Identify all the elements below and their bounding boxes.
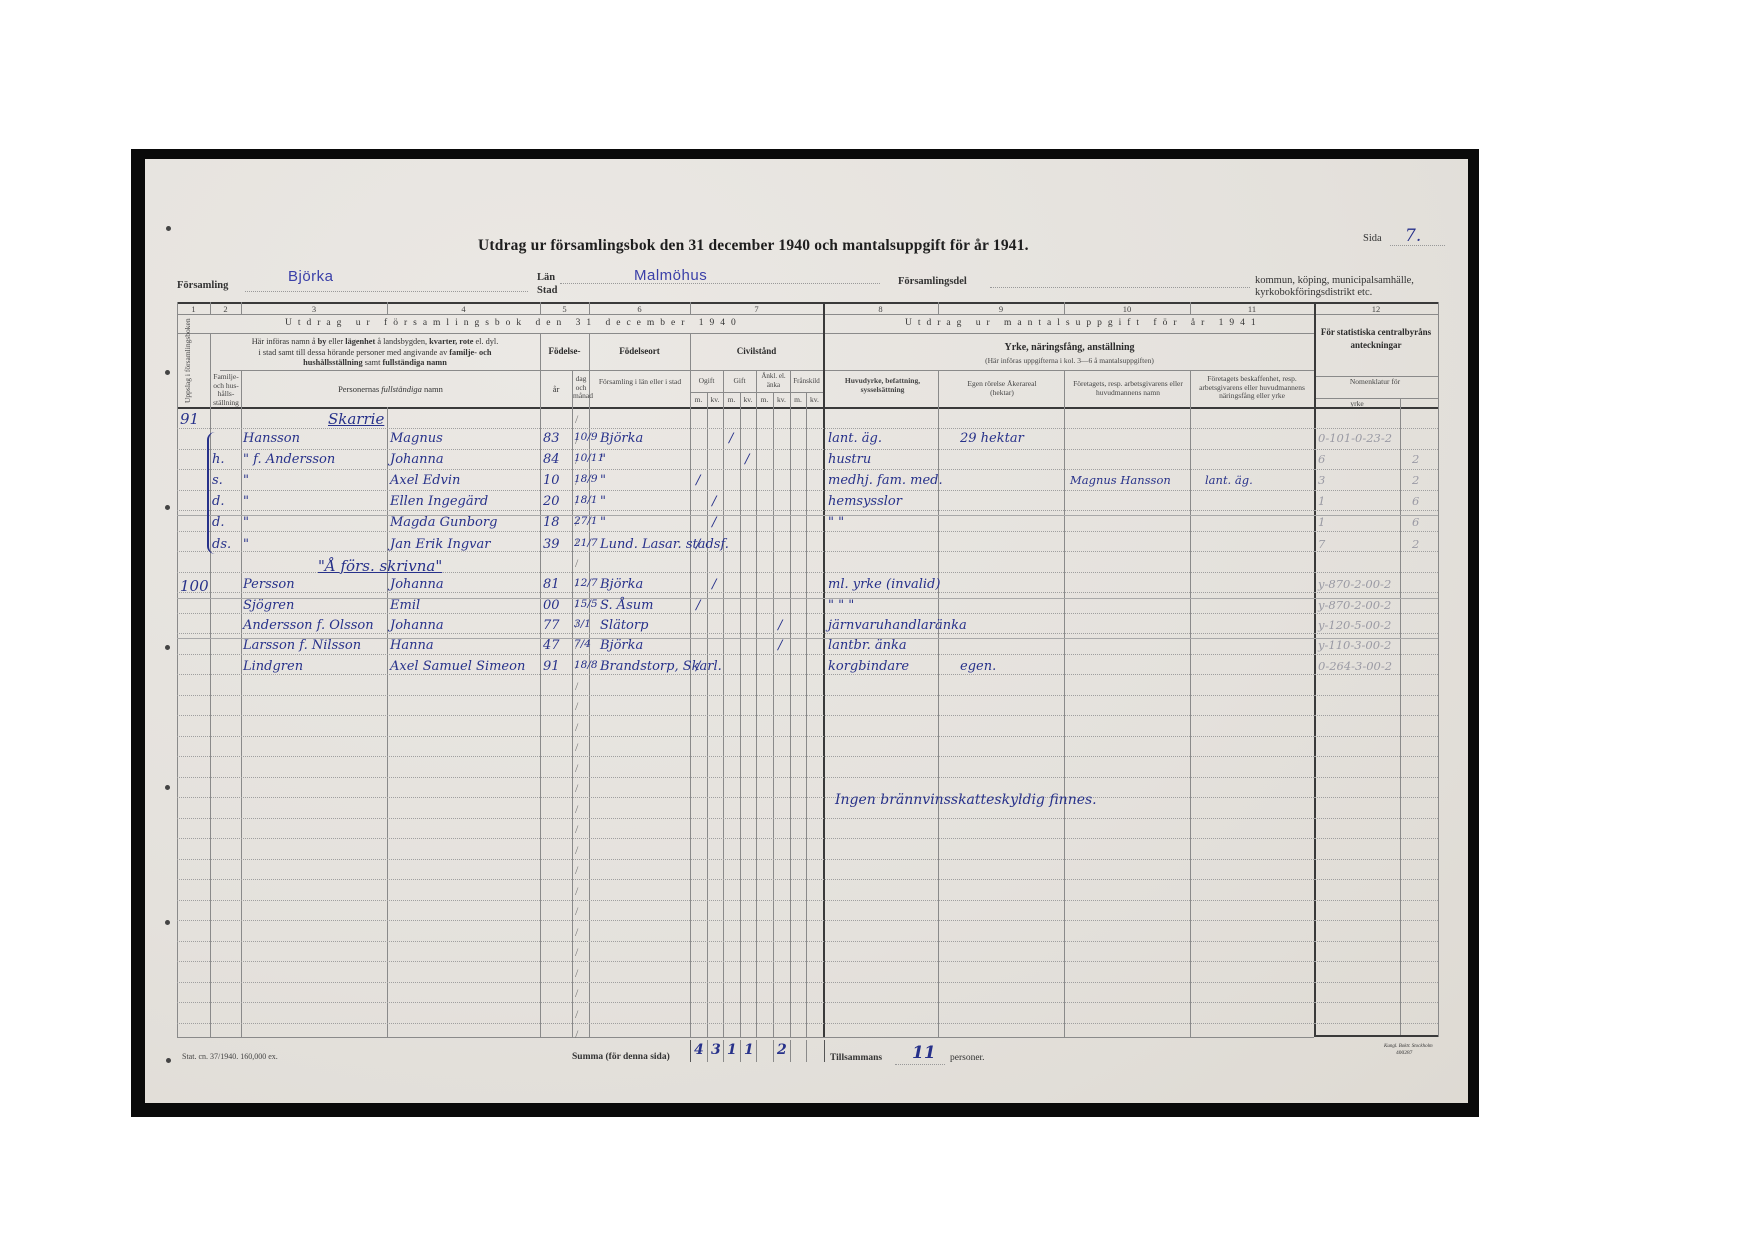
birth-year: 77 [543,618,560,633]
birthplace: Björka [600,638,643,653]
birth-year: 81 [543,577,560,592]
col-number: 7 [690,304,823,314]
civil-group-ogift: Ogift [690,377,723,386]
date-slash: / [575,904,578,919]
summa-value: 1 [727,1042,737,1058]
row-rule [1314,818,1438,819]
surname: Sjögren [243,598,294,613]
col-divider [690,333,691,1037]
col2-sub-header: Familje- och hus- hålls- ställning [211,373,241,407]
birth-date: 7/4 [574,638,591,650]
given-names: Emil [390,598,420,613]
subheader-line-right [825,370,1314,371]
fodelseort-sub-header: Församling i län eller i stad [595,378,685,387]
row-rule [1314,777,1438,778]
col-number: 6 [589,304,690,314]
row-rule [1314,674,1438,675]
nomenclature-code: y-120-5-00-2 [1318,618,1391,632]
given-names: Johanna [390,618,444,633]
nomenclature-code: 1 [1318,515,1325,529]
date-slash: / [575,863,578,878]
nomenclature-code: y-870-2-00-2 [1318,598,1391,612]
birthplace: Slätorp [600,618,648,633]
section-divider [823,302,825,1037]
section-right-title: Utdrag ur mantalsuppgift för år 1941 [905,318,1262,328]
row-rule [1314,715,1438,716]
civil-status-mark: / [712,577,716,592]
occupation: hustru [828,452,871,467]
given-names: Axel Samuel Simeon [390,659,525,674]
col-divider [1190,370,1191,1037]
yrke-note: (Här införas uppgifterna i kol. 3—6 å ma… [825,357,1314,366]
date-slash: / [575,1027,578,1042]
nomenclature-code: y-870-2-00-2 [1318,577,1391,591]
birth-date: 12/7 [574,577,598,589]
binding-hole [165,505,170,510]
col2-4-header: Här införas namn å by eller lägenhet å l… [212,337,538,369]
tillsammans-value: 11 [912,1043,936,1063]
occupation: lant. äg. [828,431,882,446]
birth-year: 10 [543,473,560,488]
kommun-note-2: kyrkobokföringsdistrikt etc. [1255,287,1372,298]
row-rule [177,859,1314,860]
row-rule [177,613,1314,614]
row-rule [177,654,1314,655]
occupation: " " [828,515,844,530]
col1-header: Uppslag i församlingsboken [183,343,205,403]
birth-date: 27/1 [574,515,598,527]
col12-sub-divider [1400,398,1401,1035]
birth-date: 3/1 [574,618,591,630]
occupation: lantbr. änka [828,638,907,653]
forsamlingsdel-label: Församlingsdel [898,276,967,287]
nomenclature-code: y-110-3-00-2 [1318,638,1391,652]
date-slash: / [575,843,578,858]
nomenclature-code-2: 6 [1412,494,1419,508]
date-slash: / [575,740,578,755]
forsamling-stamp: Björka [288,268,334,285]
row-rule [177,428,1314,429]
row-rule [1314,920,1438,921]
date-slash: / [575,1007,578,1022]
summa-value: 1 [744,1042,754,1058]
table-bottom-line [177,1037,1314,1038]
row-rule [177,818,1314,819]
given-names: Hanna [390,638,434,653]
birthplace: " [600,515,606,530]
given-names: Johanna [390,577,444,592]
row-rule [1314,490,1438,491]
row-rule [177,674,1314,675]
date-slash: / [575,720,578,735]
row-rule [1314,449,1438,450]
col-divider [572,370,573,1037]
civil-group-franskild: Frånskild [790,377,823,386]
date-slash: / [575,822,578,837]
birthplace: Brandstorp, Skarl. [600,659,722,674]
occupation: hemsysslor [828,494,902,509]
household-separator [177,598,1438,599]
row-rule [177,838,1314,839]
summa-divider [707,1040,708,1062]
given-names: Jan Erik Ingvar [390,537,490,552]
surname: " [243,473,249,488]
nomenclature-code: 1 [1318,494,1325,508]
occupation: järnvaruhandlaränka [828,618,967,633]
acreage: 29 hektar [960,431,1024,446]
nomenclature-code: 7 [1318,537,1325,551]
fodelseort-header: Födelseort [589,345,690,358]
row-rule [1314,838,1438,839]
row-rule [1314,428,1438,429]
civil-status-mark: / [696,659,700,674]
birth-date: 18/1 [574,494,598,506]
given-names: Ellen Ingegärd [390,494,488,509]
row-rule [1314,879,1438,880]
civil-status-mark: / [778,618,782,633]
stad-label: Stad [537,285,557,296]
forsamlingsdel-line [990,287,1250,288]
nomenclature-code-2: 2 [1412,537,1419,551]
birth-date: 15/5 [574,598,598,610]
summa-divider [773,1040,774,1062]
fodelse-header: Födelse- [540,345,589,358]
binding-hole [166,1058,171,1063]
binding-hole [165,645,170,650]
col-divider [938,370,939,1037]
household-separator [177,638,1438,639]
uppslag-number: 100 [180,577,209,595]
summa-label: Summa (för denna sida) [572,1052,670,1062]
table-left-border [177,302,178,1037]
surname: " [243,494,249,509]
date-slash: / [575,966,578,981]
civil-status-mark: / [712,494,716,509]
date-slash: / [575,945,578,960]
occupation: medhj. fam. med. [828,473,943,488]
date-slash: / [575,802,578,817]
forsamling-line [245,291,528,292]
forsamling-label: Församling [177,280,228,291]
summa-value: 4 [694,1042,704,1058]
surname: Larsson f. Nilsson [243,638,361,653]
section-row-line [177,333,1314,334]
civil-group-gift: Gift [723,377,756,386]
row-rule [177,531,1314,532]
nomenclature-code: 6 [1318,452,1325,466]
section-heading: Skarrie [328,410,384,428]
acreage: egen. [960,659,996,674]
birth-year: 47 [543,638,560,653]
tillsammans-label: Tillsammans [830,1053,882,1063]
given-names: Magnus [390,431,443,446]
nomenclature-code: 0-264-3-00-2 [1318,659,1392,673]
row-rule [1314,797,1438,798]
row-rule [177,510,1314,511]
col12-divider [1314,302,1316,1037]
summa-divider [806,1040,807,1062]
row-rule [1314,1023,1438,1024]
row-rule [1314,531,1438,532]
given-names: Magda Gunborg [390,515,497,530]
fodelse-ar-header: år [540,384,572,394]
row-rule [1314,654,1438,655]
row-rule [177,736,1314,737]
lan-label: Län [537,272,555,283]
birthplace: " [600,494,606,509]
row-rule [177,900,1314,901]
print-info: Stat. cn. 37/1940. 160,000 ex. [182,1052,278,1061]
row-rule [1314,941,1438,942]
col11-header: Företagets beskaffenhet, resp. arbetsgiv… [1194,375,1310,401]
nomenclature-code-2: 6 [1412,515,1419,529]
summa-value: 2 [777,1042,787,1058]
birth-date: 18/9 [574,473,598,485]
birth-year: 91 [543,659,560,674]
col-number: 4 [387,304,540,314]
row-rule [1314,572,1438,573]
kommun-note: kommun, köping, municipalsamhälle, [1255,275,1414,286]
summa-divider [790,1040,791,1062]
employer-name: Magnus Hansson [1070,473,1171,487]
given-names: Axel Edvin [390,473,460,488]
col-number: 5 [540,304,589,314]
nomenclature-code: 3 [1318,473,1325,487]
section-heading: "Å förs. skrivna" [318,557,442,575]
col-number-row-line [177,314,1439,315]
nomenclature-code-2: 2 [1412,452,1419,466]
row-rule [1314,551,1438,552]
personer-label: personer. [950,1053,985,1063]
civil-sub: m. [756,396,773,405]
row-rule [177,1023,1314,1024]
col-divider [723,370,724,1037]
col-number: 2 [210,304,241,314]
civil-sub: kv. [806,396,823,405]
civil-sub: kv. [740,396,756,405]
civilstand-header: Civilstånd [690,345,823,358]
summa-divider [723,1040,724,1062]
occupation: " " " [828,598,854,613]
date-slash: / [575,412,578,427]
table-right-border [1438,302,1439,1037]
birthplace: Björka [600,577,643,592]
tillsammans-line [895,1064,945,1065]
col10-header: Företagets, resp. arbetsgivarens eller h… [1070,380,1186,397]
civil-sub: m. [723,396,740,405]
row-rule [1314,982,1438,983]
civil-sub: m. [790,396,806,405]
subheader-line [220,370,825,371]
col-number: 1 [177,304,210,314]
col12-yrke-header: yrke [1314,400,1400,409]
date-slash: / [575,761,578,776]
summa-value: 3 [711,1042,721,1058]
birthplace: S. Åsum [600,598,653,613]
date-slash: / [575,925,578,940]
row-rule [177,449,1314,450]
date-slash: / [575,556,578,571]
household-brace [207,432,217,554]
row-rule [1314,961,1438,962]
col8-header: Huvudyrke, befattning, sysselsättning [840,377,925,394]
col-number: 3 [241,304,387,314]
row-rule [177,490,1314,491]
col12-bottom-line [1314,1035,1438,1037]
birth-date: 18/8 [574,659,598,671]
date-slash: / [575,699,578,714]
uppslag-number: 91 [180,410,199,428]
row-rule [1314,469,1438,470]
row-rule [177,469,1314,470]
surname: " f. Andersson [243,452,335,467]
civil-sub: kv. [773,396,790,405]
row-rule [1314,510,1438,511]
row-rule [177,633,1314,634]
row-rule [177,1002,1314,1003]
row-rule [177,982,1314,983]
col-divider [1064,370,1065,1037]
col-number: 11 [1190,304,1314,314]
row-rule [177,961,1314,962]
row-rule [177,797,1314,798]
birth-year: 20 [543,494,560,509]
surname: " [243,537,249,552]
birthplace: " [600,452,606,467]
birth-date: 21/7 [574,537,598,549]
surname: Hansson [243,431,300,446]
row-rule [1314,592,1438,593]
surname: Andersson f. Olsson [243,618,374,633]
date-slash: / [575,986,578,1001]
col-divider [790,370,791,1037]
birth-date: 10/9 [574,431,598,443]
occupation: ml. yrke (invalid) [828,577,940,592]
col3-4-sub-header: Personernas fullständiga namn [241,384,540,394]
birth-year: 18 [543,515,560,530]
nomenclature-code-2: 2 [1412,473,1419,487]
row-rule [1314,736,1438,737]
document-title: Utdrag ur församlingsbok den 31 december… [478,237,1029,255]
row-rule [177,777,1314,778]
surname: Persson [243,577,295,592]
page-label: Sida [1363,233,1382,244]
row-rule [1314,695,1438,696]
row-rule [1314,1002,1438,1003]
row-rule [1314,756,1438,757]
civil-group-ankl: Änkl. el. änka [757,372,790,389]
col-divider [387,407,388,1037]
handwritten-note: Ingen brännvinsskatteskyldig finnes. [835,792,1097,808]
civil-sub: m. [690,396,707,405]
row-rule [177,756,1314,757]
row-rule [1314,633,1438,634]
birth-year: 84 [543,452,560,467]
row-rule [177,715,1314,716]
printer-mark: Kungl. Boktr. Stockholm [1384,1044,1433,1049]
col-divider [540,333,541,1037]
col12-yrke-line [1314,398,1438,399]
birth-year: 83 [543,431,560,446]
yrke-header: Yrke, näringsfång, anställning [825,341,1314,354]
employer-business: lant. äg. [1205,473,1253,487]
civil-status-mark: / [696,598,700,613]
row-rule [1314,613,1438,614]
col-number: 8 [823,304,938,314]
birthplace: Björka [600,431,643,446]
row-rule [177,879,1314,880]
birth-year: 00 [543,598,560,613]
civil-status-mark: / [696,537,700,552]
civil-status-mark: / [778,638,782,653]
given-names: Johanna [390,452,444,467]
surname: " [243,515,249,530]
date-slash: / [575,679,578,694]
civil-status-mark: / [729,431,733,446]
lan-stamp: Malmöhus [634,267,707,284]
col12-sub-header: Nomenklatur för [1330,378,1420,387]
civil-sub: kv. [707,396,723,405]
col12-header: För statistiska centralbyråns anteckning… [1316,326,1436,352]
row-rule [1314,900,1438,901]
col-divider [241,370,242,1037]
binding-hole [165,920,170,925]
row-rule [177,941,1314,942]
surname: Lindgren [243,659,303,674]
birthplace: Lund. Lasar. stadsf. [600,537,729,552]
date-slash: / [575,781,578,796]
row-rule [177,920,1314,921]
col-number: 9 [938,304,1064,314]
occupation: korgbindare [828,659,909,674]
col-divider [756,370,757,1037]
row-rule [177,551,1314,552]
row-rule [177,695,1314,696]
fodelse-dag-header: dag och månad [573,375,589,401]
birth-year: 39 [543,537,560,552]
binding-hole [165,370,170,375]
printer-number: 400287 [1396,1050,1413,1056]
header-bottom-border [177,407,1439,409]
civil-status-mark: / [745,452,749,467]
col-number: 10 [1064,304,1190,314]
civil-status-mark: / [696,473,700,488]
lan-line [560,283,880,284]
col-number: 12 [1314,304,1438,314]
nomenclature-code: 0-101-0-23-2 [1318,431,1392,445]
section-left-title: Utdrag ur församlingsbok den 31 december… [285,318,742,328]
summa-divider [756,1040,757,1062]
col9-header: Egen rörelse Åkerareal (hektar) [962,380,1042,397]
civil-status-mark: / [712,515,716,530]
row-rule [1314,859,1438,860]
binding-hole [166,226,171,231]
row-rule [177,592,1314,593]
birthplace: " [600,473,606,488]
binding-hole [165,785,170,790]
page-number: 7. [1405,226,1421,246]
summa-divider [740,1040,741,1062]
household-separator [177,515,1438,516]
date-slash: / [575,884,578,899]
